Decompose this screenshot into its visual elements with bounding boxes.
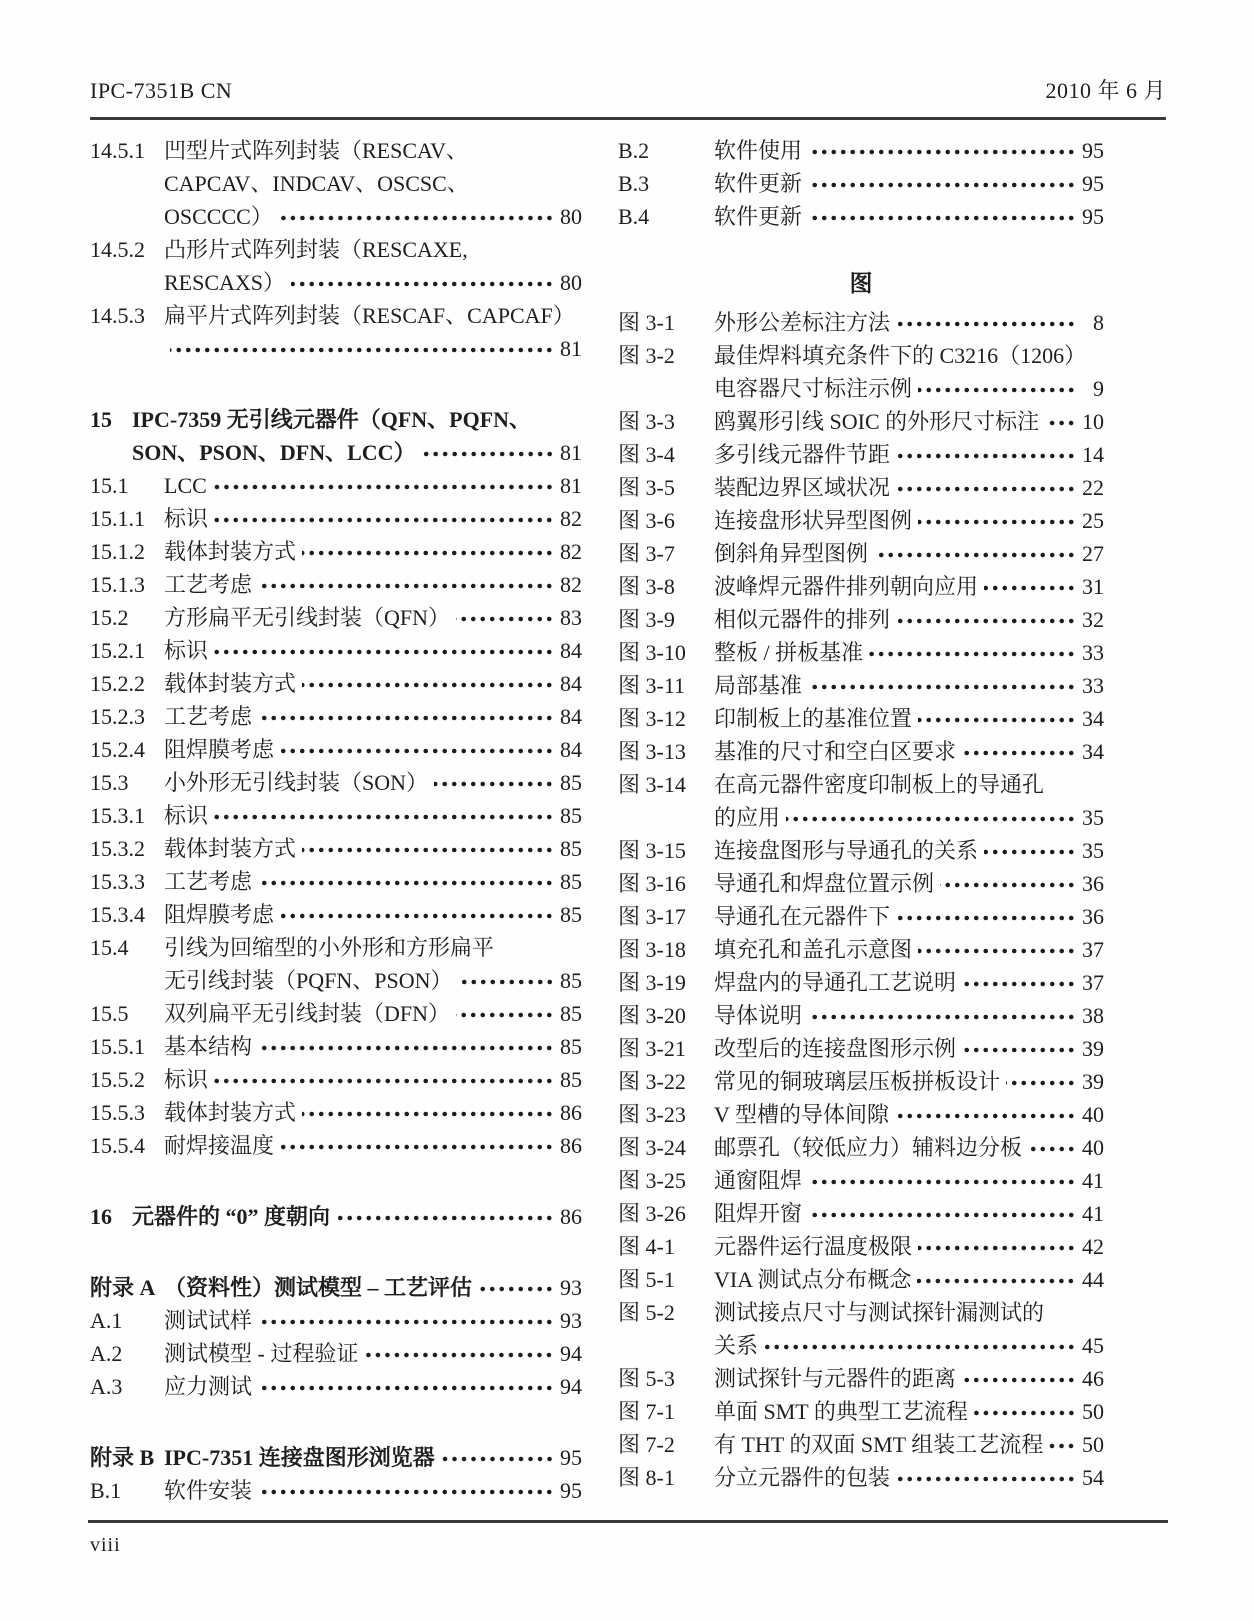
dot-leader xyxy=(280,898,554,931)
entry-title: 无引线封装（PQFN、PSON） xyxy=(164,964,453,997)
dot-leader xyxy=(962,735,1076,768)
entry-number: 15.2.4 xyxy=(90,733,164,766)
entry-last-line: 装配边界区域状况22 xyxy=(714,471,1104,504)
entry-title: 导通孔和焊盘位置示例 xyxy=(714,867,934,900)
entry-last-line: 连接盘图形与导通孔的关系35 xyxy=(714,834,1104,867)
entry-last-line: 导通孔在元器件下36 xyxy=(714,900,1104,933)
toc-left-column: 14.5.1凹型片式阵列封装（RESCAV、CAPCAV、INDCAV、OSCS… xyxy=(90,134,582,1507)
entry-body: 扁平片式阵列封装（RESCAF、CAPCAF）81 xyxy=(164,299,582,365)
entry-title: 测试接点尺寸与测试探针漏测试的 xyxy=(714,1296,1044,1329)
header-rule xyxy=(90,117,1166,120)
entry-body: 装配边界区域状况22 xyxy=(714,471,1104,504)
entry-body: 应力测试94 xyxy=(164,1370,582,1403)
dot-leader xyxy=(940,867,1076,900)
entry-body: 阻焊开窗41 xyxy=(714,1197,1104,1230)
dot-leader xyxy=(974,1395,1076,1428)
entry-page-number: 46 xyxy=(1078,1362,1104,1395)
entry-number: 图 7-1 xyxy=(618,1395,714,1428)
entry-number: 15.5.2 xyxy=(90,1063,164,1096)
entry-title: 小外形无引线封装（SON） xyxy=(164,766,428,799)
entry-page-number: 35 xyxy=(1078,801,1104,834)
entry-title: 基准的尺寸和空白区要求 xyxy=(714,735,956,768)
toc-entry: 图 3-11局部基准33 xyxy=(618,669,1104,702)
toc-entry: 图 3-25通窗阻焊41 xyxy=(618,1164,1104,1197)
entry-title: 软件更新 xyxy=(714,167,802,200)
entry-body: 焊盘内的导通孔工艺说明37 xyxy=(714,966,1104,999)
entry-page-number: 93 xyxy=(556,1271,582,1304)
entry-title: 标识 xyxy=(164,502,208,535)
entry-title: 引线为回缩型的小外形和方形扁平 xyxy=(164,931,494,964)
entry-title: IPC-7351 连接盘图形浏览器 xyxy=(164,1441,435,1474)
toc-entry: 图 3-16导通孔和焊盘位置示例36 xyxy=(618,867,1104,900)
entry-body: 标识85 xyxy=(164,799,582,832)
dot-leader xyxy=(896,900,1076,933)
entry-number: B.4 xyxy=(618,200,714,233)
entry-body: 测试接点尺寸与测试探针漏测试的关系45 xyxy=(714,1296,1104,1362)
entry-number: 15.2.2 xyxy=(90,667,164,700)
entry-page-number: 85 xyxy=(556,1063,582,1096)
dot-leader xyxy=(918,504,1076,537)
entry-body: 波峰焊元器件排列朝向应用31 xyxy=(714,570,1104,603)
entry-page-number: 81 xyxy=(556,469,582,502)
dot-leader xyxy=(764,1329,1076,1362)
entry-page-number: 94 xyxy=(556,1337,582,1370)
entry-body: 倒斜角异型图例27 xyxy=(714,537,1104,570)
entry-last-line: 邮票孔（较低应力）辅料边分板40 xyxy=(714,1131,1104,1164)
entry-body: 载体封装方式84 xyxy=(164,667,582,700)
entry-number: 14.5.2 xyxy=(90,233,164,266)
toc-entry: 16元器件的 “0” 度朝向86 xyxy=(90,1200,582,1233)
entry-page-number: 83 xyxy=(556,601,582,634)
entry-number: 图 3-24 xyxy=(618,1131,714,1164)
dot-leader xyxy=(170,332,554,365)
entry-page-number: 85 xyxy=(556,964,582,997)
entry-title-line: 凸形片式阵列封装（RESCAXE, xyxy=(164,233,582,266)
entry-title: 载体封装方式 xyxy=(164,1096,296,1129)
entry-title: 双列扁平无引线封装（DFN） xyxy=(164,997,450,1030)
entry-title: 扁平片式阵列封装（RESCAF、CAPCAF） xyxy=(164,299,575,332)
entry-title: （资料性）测试模型 – 工艺评估 xyxy=(164,1271,472,1304)
entry-body: 基本结构85 xyxy=(164,1030,582,1063)
dot-leader xyxy=(869,636,1076,669)
toc-entry: 15.2.2载体封装方式84 xyxy=(90,667,582,700)
entry-last-line: 双列扁平无引线封装（DFN）85 xyxy=(164,997,582,1030)
entry-title: LCC xyxy=(164,469,207,502)
entry-last-line: 元器件运行温度极限42 xyxy=(714,1230,1104,1263)
entry-last-line: 常见的铜玻璃层压板拼板设计39 xyxy=(714,1065,1104,1098)
dot-leader xyxy=(258,568,554,601)
entry-page-number: 95 xyxy=(556,1441,582,1474)
entry-number: 15.5 xyxy=(90,997,164,1030)
entry-number: 图 3-10 xyxy=(618,636,714,669)
entry-page-number: 94 xyxy=(556,1370,582,1403)
entry-number: 图 3-8 xyxy=(618,570,714,603)
toc-entry: 14.5.2凸形片式阵列封装（RESCAXE,RESCAXS）80 xyxy=(90,233,582,299)
toc-entry: 图 5-2测试接点尺寸与测试探针漏测试的关系45 xyxy=(618,1296,1104,1362)
entry-last-line: 标识85 xyxy=(164,799,582,832)
entry-title: 标识 xyxy=(164,799,208,832)
entry-body: 双列扁平无引线封装（DFN）85 xyxy=(164,997,582,1030)
dot-leader xyxy=(918,1230,1076,1263)
dot-leader xyxy=(808,134,1076,167)
entry-last-line: 元器件的 “0” 度朝向86 xyxy=(132,1200,582,1233)
entry-number: 15.1.1 xyxy=(90,502,164,535)
toc-entry: 15IPC-7359 无引线元器件（QFN、PQFN、SON、PSON、DFN、… xyxy=(90,403,582,469)
entry-number: A.3 xyxy=(90,1370,164,1403)
entry-last-line: 焊盘内的导通孔工艺说明37 xyxy=(714,966,1104,999)
entry-body: IPC-7351 连接盘图形浏览器95 xyxy=(164,1441,582,1474)
entry-body: 软件更新95 xyxy=(714,200,1104,233)
entry-title: 有 THT 的双面 SMT 组装工艺流程 xyxy=(714,1428,1043,1461)
dot-leader xyxy=(258,700,554,733)
dot-leader xyxy=(808,200,1076,233)
entry-last-line: IPC-7351 连接盘图形浏览器95 xyxy=(164,1441,582,1474)
entry-body: （资料性）测试模型 – 工艺评估93 xyxy=(164,1271,582,1304)
dot-leader xyxy=(808,999,1076,1032)
dot-leader xyxy=(302,1096,554,1129)
entry-title: 多引线元器件节距 xyxy=(714,438,890,471)
entry-page-number: 86 xyxy=(556,1129,582,1162)
entry-body: 有 THT 的双面 SMT 组装工艺流程50 xyxy=(714,1428,1104,1461)
entry-last-line: （资料性）测试模型 – 工艺评估93 xyxy=(164,1271,582,1304)
entry-title: 耐焊接温度 xyxy=(164,1129,274,1162)
entry-page-number: 8 xyxy=(1078,306,1104,339)
entry-title-line: 引线为回缩型的小外形和方形扁平 xyxy=(164,931,582,964)
entry-title: 关系 xyxy=(714,1329,758,1362)
entry-body: 鸥翼形引线 SOIC 的外形尺寸标注10 xyxy=(714,405,1104,438)
entry-number: B.2 xyxy=(618,134,714,167)
dot-leader xyxy=(918,933,1076,966)
entry-title: 通窗阻焊 xyxy=(714,1164,802,1197)
toc-entry: 15.2.1标识84 xyxy=(90,634,582,667)
entry-number: 图 8-1 xyxy=(618,1461,714,1494)
entry-last-line: 标识82 xyxy=(164,502,582,535)
entry-last-line: 导通孔和焊盘位置示例36 xyxy=(714,867,1104,900)
entry-body: 常见的铜玻璃层压板拼板设计39 xyxy=(714,1065,1104,1098)
toc-entry: 图 3-6连接盘形状异型图例25 xyxy=(618,504,1104,537)
entry-last-line: 方形扁平无引线封装（QFN）83 xyxy=(164,601,582,634)
figures-section-heading: 图 xyxy=(618,267,1104,300)
entry-last-line: 连接盘形状异型图例25 xyxy=(714,504,1104,537)
entry-page-number: 86 xyxy=(556,1200,582,1233)
entry-title-line: 测试接点尺寸与测试探针漏测试的 xyxy=(714,1296,1104,1329)
entry-title: 整板 / 拼板基准 xyxy=(714,636,863,669)
entry-body: 软件安装95 xyxy=(164,1474,582,1507)
dot-leader xyxy=(279,200,554,233)
entry-page-number: 25 xyxy=(1078,504,1104,537)
toc-entry: 图 3-2最佳焊料填充条件下的 C3216（1206）电容器尺寸标注示例9 xyxy=(618,339,1104,405)
toc-entry: 14.5.1凹型片式阵列封装（RESCAV、CAPCAV、INDCAV、OSCS… xyxy=(90,134,582,233)
toc-entry: 图 3-24邮票孔（较低应力）辅料边分板40 xyxy=(618,1131,1104,1164)
entry-number: 图 3-23 xyxy=(618,1098,714,1131)
dot-leader xyxy=(874,537,1076,570)
dot-leader xyxy=(214,1063,554,1096)
entry-body: 软件使用95 xyxy=(714,134,1104,167)
toc-entry: 图 3-10整板 / 拼板基准33 xyxy=(618,636,1104,669)
entry-title: OSCCCC） xyxy=(164,200,273,233)
entry-page-number: 39 xyxy=(1078,1065,1104,1098)
entry-page-number: 80 xyxy=(556,200,582,233)
entry-number: 图 3-12 xyxy=(618,702,714,735)
entry-page-number: 81 xyxy=(556,436,582,469)
entry-page-number: 54 xyxy=(1078,1461,1104,1494)
entry-page-number: 33 xyxy=(1078,636,1104,669)
toc-right-column: B.2软件使用95B.3软件更新95B.4软件更新95图图 3-1外形公差标注方… xyxy=(618,134,1104,1507)
toc-entry: 图 7-2有 THT 的双面 SMT 组装工艺流程50 xyxy=(618,1428,1104,1461)
entry-number: 16 xyxy=(90,1200,132,1233)
entry-title: 载体封装方式 xyxy=(164,535,296,568)
entry-title: 焊盘内的导通孔工艺说明 xyxy=(714,966,956,999)
entry-title: 外形公差标注方法 xyxy=(714,306,890,339)
dot-leader xyxy=(786,801,1076,834)
entry-number: 15.1 xyxy=(90,469,164,502)
dot-leader xyxy=(302,667,554,700)
entry-page-number: 9 xyxy=(1078,372,1104,405)
dot-leader xyxy=(422,436,554,469)
entry-page-number: 33 xyxy=(1078,669,1104,702)
entry-page-number: 40 xyxy=(1078,1098,1104,1131)
entry-page-number: 36 xyxy=(1078,867,1104,900)
entry-page-number: 14 xyxy=(1078,438,1104,471)
entry-title: 凹型片式阵列封装（RESCAV、 xyxy=(164,134,468,167)
entry-last-line: 导体说明38 xyxy=(714,999,1104,1032)
entry-last-line: 标识84 xyxy=(164,634,582,667)
toc-entry: 图 3-14在高元器件密度印制板上的导通孔的应用35 xyxy=(618,768,1104,834)
entry-number: 图 3-18 xyxy=(618,933,714,966)
entry-number: 图 5-1 xyxy=(618,1263,714,1296)
toc-entry: B.3软件更新95 xyxy=(618,167,1104,200)
toc-entry: 15.5.3载体封装方式86 xyxy=(90,1096,582,1129)
entry-page-number: 35 xyxy=(1078,834,1104,867)
toc-entry: 图 3-13基准的尺寸和空白区要求34 xyxy=(618,735,1104,768)
entry-number: 图 3-22 xyxy=(618,1065,714,1098)
toc-entry: 图 4-1元器件运行温度极限42 xyxy=(618,1230,1104,1263)
toc-entry: 15.2.4阻焊膜考虑84 xyxy=(90,733,582,766)
dot-leader xyxy=(364,1337,554,1370)
entry-page-number: 85 xyxy=(556,898,582,931)
toc-columns: 14.5.1凹型片式阵列封装（RESCAV、CAPCAV、INDCAV、OSCS… xyxy=(90,134,1104,1507)
entry-last-line: 软件更新95 xyxy=(714,167,1104,200)
entry-last-line: 外形公差标注方法8 xyxy=(714,306,1104,339)
entry-last-line: 测试探针与元器件的距离46 xyxy=(714,1362,1104,1395)
toc-entry: 图 3-9相似元器件的排列32 xyxy=(618,603,1104,636)
dot-leader xyxy=(214,634,554,667)
entry-page-number: 84 xyxy=(556,667,582,700)
entry-title: 倒斜角异型图例 xyxy=(714,537,868,570)
toc-entry: 图 3-23V 型槽的导体间隙40 xyxy=(618,1098,1104,1131)
toc-entry: 15.3.4阻焊膜考虑85 xyxy=(90,898,582,931)
entry-number: 图 5-3 xyxy=(618,1362,714,1395)
entry-number: 图 3-11 xyxy=(618,669,714,702)
dot-leader xyxy=(984,834,1076,867)
entry-page-number: 41 xyxy=(1078,1197,1104,1230)
entry-body: 最佳焊料填充条件下的 C3216（1206）电容器尺寸标注示例9 xyxy=(714,339,1104,405)
dot-leader xyxy=(895,1098,1076,1131)
entry-number: 15.3.3 xyxy=(90,865,164,898)
entry-number: 15.2 xyxy=(90,601,164,634)
entry-title: 基本结构 xyxy=(164,1030,252,1063)
toc-entry: 图 3-17导通孔在元器件下36 xyxy=(618,900,1104,933)
entry-number: 图 3-20 xyxy=(618,999,714,1032)
entry-last-line: 载体封装方式82 xyxy=(164,535,582,568)
dot-leader xyxy=(808,1197,1076,1230)
entry-last-line: 波峰焊元器件排列朝向应用31 xyxy=(714,570,1104,603)
toc-entry: 15.1.1标识82 xyxy=(90,502,582,535)
entry-page-number: 82 xyxy=(556,535,582,568)
entry-last-line: VIA 测试点分布概念44 xyxy=(714,1263,1104,1296)
dot-leader xyxy=(918,702,1076,735)
entry-number: 图 3-4 xyxy=(618,438,714,471)
entry-body: 导通孔在元器件下36 xyxy=(714,900,1104,933)
dot-leader xyxy=(258,1474,554,1507)
toc-entry: 图 7-1单面 SMT 的典型工艺流程50 xyxy=(618,1395,1104,1428)
entry-body: 元器件运行温度极限42 xyxy=(714,1230,1104,1263)
toc-entry: 15.2.3工艺考虑84 xyxy=(90,700,582,733)
entry-title: 局部基准 xyxy=(714,669,802,702)
entry-last-line: 鸥翼形引线 SOIC 的外形尺寸标注10 xyxy=(714,405,1104,438)
entry-page-number: 95 xyxy=(1078,200,1104,233)
entry-page-number: 85 xyxy=(556,832,582,865)
entry-last-line: 印制板上的基准位置34 xyxy=(714,702,1104,735)
dot-leader xyxy=(808,669,1076,702)
entry-page-number: 82 xyxy=(556,568,582,601)
entry-last-line: 软件更新95 xyxy=(714,200,1104,233)
dot-leader xyxy=(214,799,554,832)
toc-entry: 图 3-12印制板上的基准位置34 xyxy=(618,702,1104,735)
toc-entry: 15.5.4耐焊接温度86 xyxy=(90,1129,582,1162)
entry-last-line: 倒斜角异型图例27 xyxy=(714,537,1104,570)
entry-number: B.3 xyxy=(618,167,714,200)
toc-entry: A.1测试试样93 xyxy=(90,1304,582,1337)
entry-title: 工艺考虑 xyxy=(164,568,252,601)
dot-leader xyxy=(434,766,554,799)
entry-body: 凹型片式阵列封装（RESCAV、CAPCAV、INDCAV、OSCSC、OSCC… xyxy=(164,134,582,233)
entry-body: 工艺考虑82 xyxy=(164,568,582,601)
dot-leader xyxy=(896,438,1076,471)
entry-title-line: 在高元器件密度印制板上的导通孔 xyxy=(714,768,1104,801)
entry-body: 外形公差标注方法8 xyxy=(714,306,1104,339)
entry-number: 15.5.3 xyxy=(90,1096,164,1129)
entry-body: 邮票孔（较低应力）辅料边分板40 xyxy=(714,1131,1104,1164)
dot-leader xyxy=(1049,1428,1076,1461)
entry-last-line: 阻焊膜考虑85 xyxy=(164,898,582,931)
entry-title: 单面 SMT 的典型工艺流程 xyxy=(714,1395,968,1428)
entry-last-line: 81 xyxy=(164,332,582,365)
entry-last-line: 单面 SMT 的典型工艺流程50 xyxy=(714,1395,1104,1428)
entry-page-number: 85 xyxy=(556,799,582,832)
entry-page-number: 39 xyxy=(1078,1032,1104,1065)
entry-title: 工艺考虑 xyxy=(164,865,252,898)
dot-leader xyxy=(280,733,554,766)
dot-leader xyxy=(213,469,554,502)
entry-number: 15.1.2 xyxy=(90,535,164,568)
entry-number: 14.5.3 xyxy=(90,299,164,332)
entry-number: 图 3-25 xyxy=(618,1164,714,1197)
entry-title: 电容器尺寸标注示例 xyxy=(714,372,912,405)
entry-body: 测试试样93 xyxy=(164,1304,582,1337)
entry-body: 局部基准33 xyxy=(714,669,1104,702)
dot-leader xyxy=(808,1164,1076,1197)
entry-number: 14.5.1 xyxy=(90,134,164,167)
dot-leader xyxy=(258,1370,554,1403)
entry-body: 凸形片式阵列封装（RESCAXE,RESCAXS）80 xyxy=(164,233,582,299)
entry-number: 图 3-3 xyxy=(618,405,714,438)
entry-last-line: OSCCCC）80 xyxy=(164,200,582,233)
toc-entry: 附录 BIPC-7351 连接盘图形浏览器95 xyxy=(90,1441,582,1474)
entry-body: 小外形无引线封装（SON）85 xyxy=(164,766,582,799)
dot-leader xyxy=(896,471,1076,504)
entry-page-number: 10 xyxy=(1078,405,1104,438)
footer-rule xyxy=(88,1520,1168,1523)
entry-body: 工艺考虑84 xyxy=(164,700,582,733)
toc-entry: 15.3.3工艺考虑85 xyxy=(90,865,582,898)
toc-entry: 图 5-3测试探针与元器件的距离46 xyxy=(618,1362,1104,1395)
entry-page-number: 38 xyxy=(1078,999,1104,1032)
entry-last-line: 工艺考虑84 xyxy=(164,700,582,733)
entry-body: VIA 测试点分布概念44 xyxy=(714,1263,1104,1296)
entry-title: 凸形片式阵列封装（RESCAXE, xyxy=(164,233,468,266)
dot-leader xyxy=(441,1441,554,1474)
entry-body: 导通孔和焊盘位置示例36 xyxy=(714,867,1104,900)
entry-number: B.1 xyxy=(90,1474,164,1507)
entry-title: 标识 xyxy=(164,634,208,667)
entry-last-line: 测试模型 - 过程验证94 xyxy=(164,1337,582,1370)
toc-entry: 15.4引线为回缩型的小外形和方形扁平无引线封装（PQFN、PSON）85 xyxy=(90,931,582,997)
toc-entry: 图 5-1VIA 测试点分布概念44 xyxy=(618,1263,1104,1296)
entry-page-number: 22 xyxy=(1078,471,1104,504)
doc-id: IPC-7351B CN xyxy=(90,78,232,104)
toc-entry: 图 3-19焊盘内的导通孔工艺说明37 xyxy=(618,966,1104,999)
entry-body: 阻焊膜考虑84 xyxy=(164,733,582,766)
entry-page-number: 32 xyxy=(1078,603,1104,636)
entry-title: V 型槽的导体间隙 xyxy=(714,1098,889,1131)
entry-last-line: LCC81 xyxy=(164,469,582,502)
entry-title: 最佳焊料填充条件下的 C3216（1206） xyxy=(714,339,1086,372)
entry-title-line: IPC-7359 无引线元器件（QFN、PQFN、 xyxy=(132,403,582,436)
dot-leader xyxy=(917,1263,1076,1296)
dot-leader xyxy=(456,997,554,1030)
entry-number: 图 3-17 xyxy=(618,900,714,933)
entry-last-line: 载体封装方式84 xyxy=(164,667,582,700)
entry-title: 邮票孔（较低应力）辅料边分板 xyxy=(714,1131,1022,1164)
entry-page-number: 93 xyxy=(556,1304,582,1337)
toc-entry: 图 3-5装配边界区域状况22 xyxy=(618,471,1104,504)
entry-number: 图 5-2 xyxy=(618,1296,714,1329)
dot-leader xyxy=(291,266,554,299)
dot-leader xyxy=(962,1032,1076,1065)
entry-title: 方形扁平无引线封装（QFN） xyxy=(164,601,450,634)
entry-number: A.1 xyxy=(90,1304,164,1337)
entry-title-line: 凹型片式阵列封装（RESCAV、 xyxy=(164,134,582,167)
entry-title: 应力测试 xyxy=(164,1370,252,1403)
entry-last-line: 的应用35 xyxy=(714,801,1104,834)
entry-last-line: 基本结构85 xyxy=(164,1030,582,1063)
toc-entry: 14.5.3扁平片式阵列封装（RESCAF、CAPCAF）81 xyxy=(90,299,582,365)
entry-body: 耐焊接温度86 xyxy=(164,1129,582,1162)
entry-last-line: 软件安装95 xyxy=(164,1474,582,1507)
entry-body: 载体封装方式85 xyxy=(164,832,582,865)
entry-body: 在高元器件密度印制板上的导通孔的应用35 xyxy=(714,768,1104,834)
entry-title: RESCAXS） xyxy=(164,266,285,299)
entry-body: 连接盘图形与导通孔的关系35 xyxy=(714,834,1104,867)
entry-last-line: 阻焊开窗41 xyxy=(714,1197,1104,1230)
dot-leader xyxy=(280,1129,554,1162)
dot-leader xyxy=(302,535,554,568)
entry-page-number: 50 xyxy=(1078,1428,1104,1461)
entry-page-number: 31 xyxy=(1078,570,1104,603)
entry-number: 15.3 xyxy=(90,766,164,799)
entry-page-number: 50 xyxy=(1078,1395,1104,1428)
